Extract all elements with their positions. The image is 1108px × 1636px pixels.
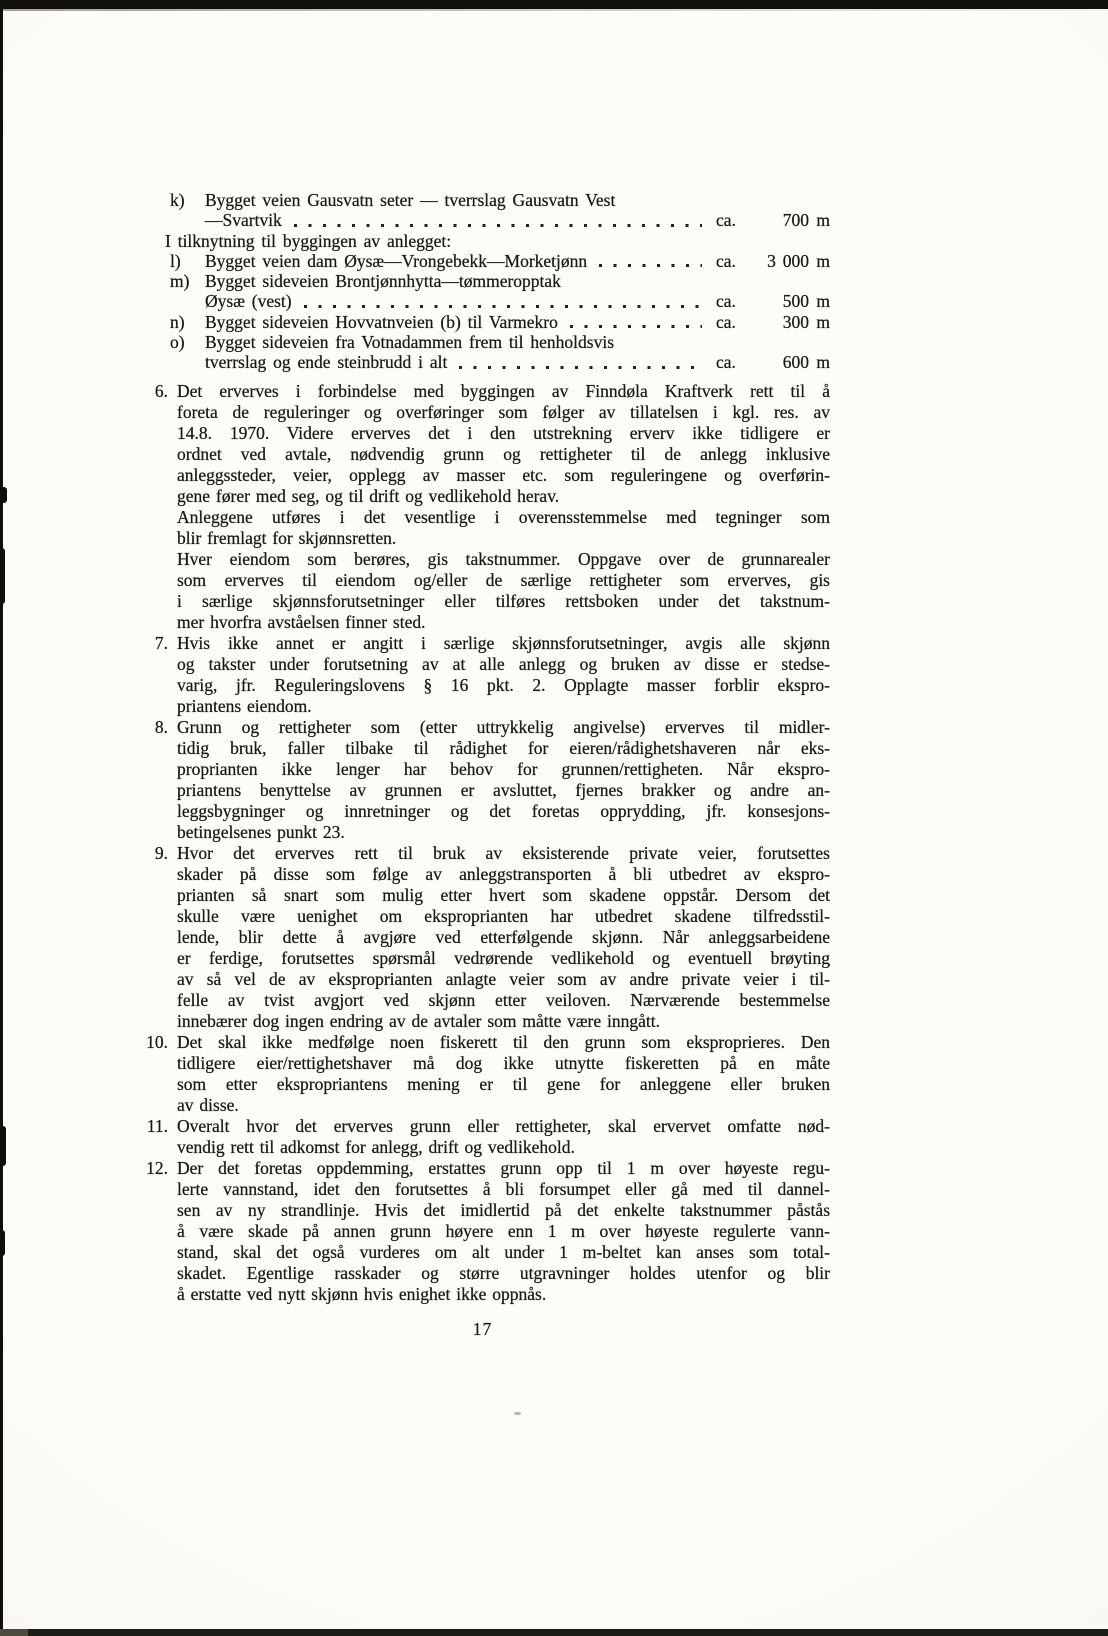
text-line: av disse. bbox=[177, 1095, 830, 1116]
numbered-paragraph: 8.Grunn og rettigheter som (etter uttryk… bbox=[135, 717, 830, 843]
list-row: l)Bygget veien dam Øysæ—Vrongebekk—Morke… bbox=[135, 251, 830, 271]
numbered-paragraph: 6.Det erverves i forbindelse med bygging… bbox=[135, 381, 830, 633]
text-line: skulle være uenighet om eksproprianten h… bbox=[177, 906, 830, 927]
dotted-leader bbox=[294, 224, 702, 227]
text-line: lende, blir dette å avgjøre ved etterføl… bbox=[177, 927, 830, 948]
list-row: o)Bygget sideveien fra Votnadammen frem … bbox=[135, 332, 830, 352]
list-item-text: Bygget veien Gausvatn seter — tverrslag … bbox=[205, 190, 615, 210]
numbered-paragraph: 7.Hvis ikke annet er angitt i særlige sk… bbox=[135, 633, 830, 717]
list-row: I tilknytning til byggingen av anlegget: bbox=[135, 231, 830, 251]
paragraph-number: 7. bbox=[135, 633, 168, 654]
measure-value: 600 bbox=[746, 352, 809, 372]
list-row: tverrslag og ende steinbrudd i altca.600… bbox=[135, 352, 830, 372]
approx-label: ca. bbox=[716, 210, 746, 230]
list-item-label: n) bbox=[170, 312, 205, 332]
list-item-label: m) bbox=[170, 271, 205, 291]
paragraph-number: 10. bbox=[135, 1032, 168, 1053]
text-line: ordnet ved avtale, nødvendig grunn og re… bbox=[177, 444, 830, 465]
list-item-text: Bygget veien dam Øysæ—Vrongebekk—Morketj… bbox=[205, 251, 587, 271]
text-line: sen av ny strandlinje. Hvis det imidlert… bbox=[177, 1200, 830, 1221]
text-line: gene fører med seg, og til drift og vedl… bbox=[177, 486, 830, 507]
text-line: Der det foretas oppdemming, erstattes gr… bbox=[177, 1158, 830, 1179]
text-line: blir fremlagt for skjønnsretten. bbox=[177, 528, 830, 549]
text-line: Hver eiendom som berøres, gis takstnumme… bbox=[177, 549, 830, 570]
scan-edge-bottom bbox=[0, 1629, 1108, 1636]
text-line: som erverves til eiendom og/eller de sær… bbox=[177, 570, 830, 591]
list-item-text: Bygget sideveien Brontjønnhytta—tømmerop… bbox=[205, 271, 561, 291]
text-line: priantens eiendom. bbox=[177, 696, 830, 717]
list-item-text: Øysæ (vest) bbox=[205, 291, 292, 311]
scan-artifact bbox=[0, 487, 7, 503]
text-line: mer hvorfra avståelsen finner sted. bbox=[177, 612, 830, 633]
text-line: Hvor det erverves rett til bruk av eksis… bbox=[177, 843, 830, 864]
text-line: 14.8. 1970. Videre erverves det i den ut… bbox=[177, 423, 830, 444]
paragraph-number: 6. bbox=[135, 381, 168, 402]
list-row: m)Bygget sideveien Brontjønnhytta—tømmer… bbox=[135, 271, 830, 291]
text-line: leggsbygninger og innretninger og det fo… bbox=[177, 801, 830, 822]
scan-edge-left bbox=[0, 0, 3, 1636]
text-line: Det erverves i forbindelse med byggingen… bbox=[177, 381, 830, 402]
list-item-text: —Svartvik bbox=[205, 210, 282, 230]
scan-artifact bbox=[0, 1126, 6, 1166]
text-line: innebærer dog ingen endring av de avtale… bbox=[177, 1011, 830, 1032]
scan-artifact bbox=[0, 548, 5, 604]
list-item-label: o) bbox=[170, 332, 205, 352]
numbered-paragraph: 11.Overalt hvor det erverves grunn eller… bbox=[135, 1116, 830, 1158]
scanned-page: k)Bygget veien Gausvatn seter — tverrsla… bbox=[0, 0, 1108, 1636]
text-line: tidligere eier/rettighetshaver må dog ik… bbox=[177, 1053, 830, 1074]
list-row: k)Bygget veien Gausvatn seter — tverrsla… bbox=[135, 190, 830, 210]
text-line: stand, skal det også vurderes om alt und… bbox=[177, 1242, 830, 1263]
text-line: Grunn og rettigheter som (etter uttrykke… bbox=[177, 717, 830, 738]
approx-label: ca. bbox=[716, 291, 746, 311]
measure-value: 3 000 bbox=[746, 251, 809, 271]
text-line: skader på disse som følge av anleggstran… bbox=[177, 864, 830, 885]
list-item-label: k) bbox=[170, 190, 205, 210]
scan-edge-bottom-fade bbox=[0, 1629, 28, 1636]
text-line: Anleggene utføres i det vesentlige i ove… bbox=[177, 507, 830, 528]
text-line: Det skal ikke medfølge noen fiskerett ti… bbox=[177, 1032, 830, 1053]
list-item-text: Bygget sideveien fra Votnadammen frem ti… bbox=[205, 332, 614, 352]
paragraph-number: 9. bbox=[135, 843, 168, 864]
list-item-text: tverrslag og ende steinbrudd i alt bbox=[205, 352, 447, 372]
text-line: tidig bruk, faller tilbake til rådighet … bbox=[177, 738, 830, 759]
text-line: varig, jfr. Reguleringslovens § 16 pkt. … bbox=[177, 675, 830, 696]
text-line: betingelsenes punkt 23. bbox=[177, 822, 830, 843]
dotted-leader bbox=[599, 264, 702, 267]
text-line: er ferdige, forutsettes spørsmål vedrøre… bbox=[177, 948, 830, 969]
paragraph-number: 11. bbox=[135, 1116, 168, 1137]
text-line: priantens benyttelse av grunnen er avslu… bbox=[177, 780, 830, 801]
numbered-paragraph: 10.Det skal ikke medfølge noen fiskerett… bbox=[135, 1032, 830, 1116]
measure-list: k)Bygget veien Gausvatn seter — tverrsla… bbox=[135, 190, 830, 373]
measure-unit: m bbox=[814, 210, 830, 230]
text-line: i særlige skjønnsforutsetninger eller ti… bbox=[177, 591, 830, 612]
text-line: skadet. Egentlige rasskader og større ut… bbox=[177, 1263, 830, 1284]
text-line: felle av tvist avgjort ved skjønn etter … bbox=[177, 990, 830, 1011]
text-line: proprianten ikke lenger har behov for gr… bbox=[177, 759, 830, 780]
text-line: foreta de reguleringer og overføringer s… bbox=[177, 402, 830, 423]
list-row: —Svartvikca.700m bbox=[135, 210, 830, 230]
measure-unit: m bbox=[814, 251, 830, 271]
approx-label: ca. bbox=[716, 312, 746, 332]
measure-unit: m bbox=[814, 312, 830, 332]
dotted-leader bbox=[304, 305, 702, 308]
text-line: prianten så snart som mulig etter hvert … bbox=[177, 885, 830, 906]
paragraphs: 6.Det erverves i forbindelse med bygging… bbox=[135, 381, 830, 1305]
text-line: å erstatte ved nytt skjønn hvis enighet … bbox=[177, 1284, 830, 1305]
numbered-paragraph: 9.Hvor det erverves rett til bruk av eks… bbox=[135, 843, 830, 1032]
list-item-label: l) bbox=[170, 251, 205, 271]
numbered-paragraph: 12.Der det foretas oppdemming, erstattes… bbox=[135, 1158, 830, 1305]
paragraph-number: 12. bbox=[135, 1158, 168, 1179]
list-item-text: Bygget sideveien Hovvatnveien (b) til Va… bbox=[205, 312, 558, 332]
text-line: av så vel de av eksproprianten anlagte v… bbox=[177, 969, 830, 990]
measure-unit: m bbox=[814, 352, 830, 372]
approx-label: ca. bbox=[716, 251, 746, 271]
dotted-leader bbox=[570, 325, 702, 328]
paragraph-number: 8. bbox=[135, 717, 168, 738]
dotted-leader bbox=[459, 366, 702, 369]
text-line: anleggssteder, veier, opplegg av masser … bbox=[177, 465, 830, 486]
list-row: Øysæ (vest)ca.500m bbox=[135, 291, 830, 311]
scan-edge-top-shadow bbox=[0, 9, 1108, 11]
measure-value: 700 bbox=[746, 210, 809, 230]
text-line: lerte vannstand, idet den forutsettes å … bbox=[177, 1179, 830, 1200]
text-line: og takster under forutsetning av at alle… bbox=[177, 654, 830, 675]
measure-unit: m bbox=[814, 291, 830, 311]
list-item-text: I tilknytning til byggingen av anlegget: bbox=[165, 231, 451, 251]
scan-speck bbox=[514, 1412, 521, 1415]
page-number: 17 bbox=[135, 1319, 830, 1340]
text-line: Hvis ikke annet er angitt i særlige skjø… bbox=[177, 633, 830, 654]
text-line: som etter ekspropriantens mening er til … bbox=[177, 1074, 830, 1095]
measure-value: 300 bbox=[746, 312, 809, 332]
scan-artifact bbox=[0, 1230, 5, 1256]
page-content: k)Bygget veien Gausvatn seter — tverrsla… bbox=[135, 190, 830, 1340]
list-row: n)Bygget sideveien Hovvatnveien (b) til … bbox=[135, 312, 830, 332]
text-line: å være skade på annen grunn høyere enn 1… bbox=[177, 1221, 830, 1242]
measure-value: 500 bbox=[746, 291, 809, 311]
text-line: vendig rett til adkomst for anlegg, drif… bbox=[177, 1137, 830, 1158]
scan-edge-top bbox=[0, 0, 1108, 9]
approx-label: ca. bbox=[716, 352, 746, 372]
text-line: Overalt hvor det erverves grunn eller re… bbox=[177, 1116, 830, 1137]
